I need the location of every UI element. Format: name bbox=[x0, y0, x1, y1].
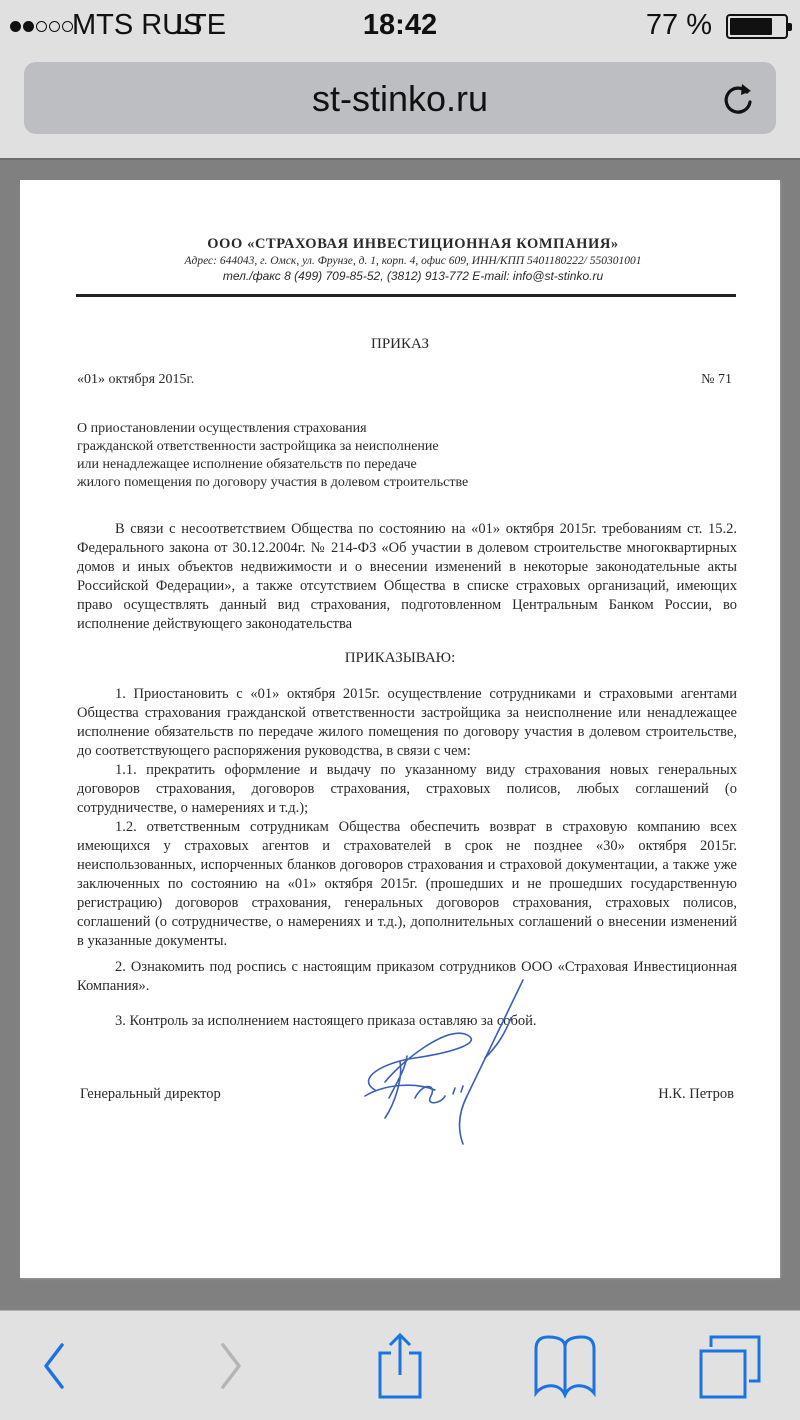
order-item-1-2: 1.2. ответственным сотрудникам Общества … bbox=[77, 818, 737, 951]
order-date: «01» октября 2015г. bbox=[77, 372, 194, 388]
order-item-1: 1. Приостановить с «01» октября 2015г. о… bbox=[77, 685, 737, 761]
order-item-text: 1. Приостановить с «01» октября 2015г. о… bbox=[77, 686, 737, 759]
order-subject: О приостановлении осуществления страхова… bbox=[77, 420, 468, 492]
book-icon bbox=[532, 1333, 598, 1399]
chevron-left-icon bbox=[40, 1341, 70, 1391]
intro-text: В связи с несоответствием Общества по со… bbox=[77, 521, 737, 632]
subject-line: или ненадлежащее исполнение обязательств… bbox=[77, 456, 468, 474]
order-number: № 71 bbox=[701, 372, 732, 388]
back-button[interactable] bbox=[20, 1311, 90, 1420]
company-contacts: тел./факс 8 (499) 709-85-52, (3812) 913-… bbox=[46, 269, 780, 283]
subject-line: гражданской ответственности застройщика … bbox=[77, 438, 468, 456]
signature-image bbox=[345, 978, 525, 1148]
signatory-name: Н.К. Петров bbox=[658, 1086, 734, 1103]
status-bar: MTS RUS LTE 18:42 77 % bbox=[0, 0, 800, 52]
company-address: Адрес: 644043, г. Омск, ул. Фрунзе, д. 1… bbox=[46, 255, 780, 267]
battery-icon bbox=[726, 14, 788, 39]
orders-heading: ПРИКАЗЫВАЮ: bbox=[20, 650, 780, 667]
browser-top-chrome: MTS RUS LTE 18:42 77 % st-stinko.ru bbox=[0, 0, 800, 160]
chevron-right-icon bbox=[215, 1341, 245, 1391]
order-title: ПРИКАЗ bbox=[20, 336, 780, 353]
reload-icon[interactable] bbox=[720, 78, 756, 118]
bookmarks-button[interactable] bbox=[525, 1311, 605, 1420]
order-item-1-1: 1.1. прекратить оформление и выдачу по у… bbox=[77, 761, 737, 818]
subject-line: О приостановлении осуществления страхова… bbox=[77, 420, 468, 438]
tabs-icon bbox=[697, 1333, 763, 1399]
document-page: ООО «СТРАХОВАЯ ИНВЕСТИЦИОННАЯ КОМПАНИЯ» … bbox=[20, 180, 780, 1278]
subject-line: жилого помещения по договору участия в д… bbox=[77, 474, 468, 492]
order-item-text: 1.1. прекратить оформление и выдачу по у… bbox=[77, 762, 737, 816]
intro-paragraph: В связи с несоответствием Общества по со… bbox=[77, 520, 737, 634]
share-icon bbox=[375, 1331, 425, 1401]
letterhead: ООО «СТРАХОВАЯ ИНВЕСТИЦИОННАЯ КОМПАНИЯ» … bbox=[20, 236, 780, 283]
battery-percent: 77 % bbox=[646, 9, 712, 42]
browser-toolbar bbox=[0, 1310, 800, 1420]
address-bar[interactable]: st-stinko.ru bbox=[24, 62, 776, 134]
order-item-text: 1.2. ответственным сотрудникам Общества … bbox=[77, 819, 737, 949]
tabs-button[interactable] bbox=[690, 1311, 770, 1420]
url-text[interactable]: st-stinko.ru bbox=[24, 78, 776, 120]
company-name: ООО «СТРАХОВАЯ ИНВЕСТИЦИОННАЯ КОМПАНИЯ» bbox=[46, 236, 780, 253]
share-button[interactable] bbox=[360, 1311, 440, 1420]
signatory-title: Генеральный директор bbox=[80, 1086, 221, 1103]
letterhead-divider bbox=[76, 294, 736, 297]
forward-button[interactable] bbox=[195, 1311, 265, 1420]
